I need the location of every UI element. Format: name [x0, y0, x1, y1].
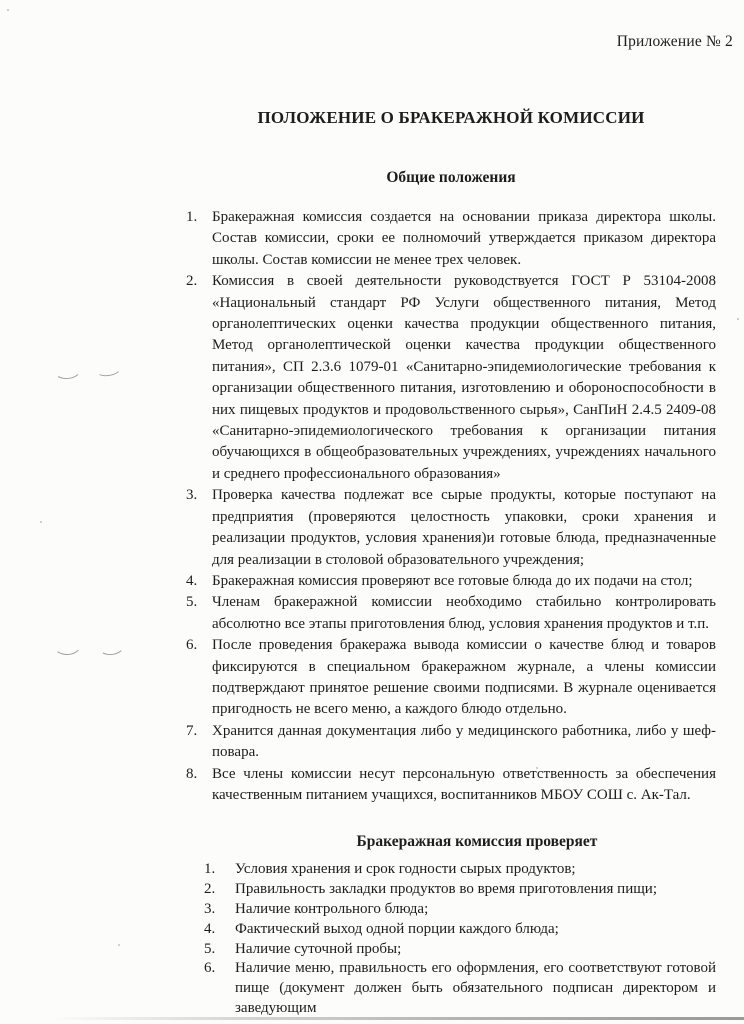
list-item-number: 8. — [186, 764, 197, 785]
list-item-number: 4. — [204, 920, 215, 940]
list-item-number: 5. — [204, 940, 215, 960]
section-heading-general: Общие положения — [186, 168, 716, 187]
handwritten-mark-icon — [95, 361, 122, 378]
list-item-text: Все члены комиссии несут персональную от… — [212, 766, 716, 803]
list-item-number: 5. — [186, 592, 197, 613]
scan-speckle — [737, 318, 739, 320]
list-item-text: Условия хранения и срок годности сырых п… — [235, 861, 576, 877]
list-item-text: Наличие меню, правильность его оформлени… — [235, 960, 716, 1016]
commission-checks-list: 1. Условия хранения и срок годности сыры… — [186, 860, 716, 1018]
list-item-number: 3. — [186, 485, 197, 506]
list-item: 3. Наличие контрольного блюда; — [235, 900, 716, 920]
list-item: 6. После проведения бракеража вывода ком… — [212, 635, 716, 721]
list-item-text: Бракеражная комиссия создается на основа… — [212, 209, 716, 268]
list-item: 6. Наличие меню, правильность его оформл… — [235, 959, 716, 1018]
scan-speckle — [296, 452, 298, 454]
list-item-text: После проведения бракеража вывода комисс… — [212, 637, 716, 717]
list-item-number: 1. — [186, 207, 197, 228]
document-content: ПОЛОЖЕНИЕ О БРАКЕРАЖНОЙ КОМИССИИ Общие п… — [186, 0, 716, 1019]
list-item: 3. Проверка качества подлежат все сырые … — [212, 485, 716, 571]
section-heading-commission-checks: Бракеражная комиссия проверяет — [212, 832, 742, 851]
list-item-number: 6. — [186, 635, 197, 656]
list-item: 1. Бракеражная комиссия создается на осн… — [212, 207, 716, 271]
general-provisions-list: 1. Бракеражная комиссия создается на осн… — [186, 207, 716, 806]
list-item-text: Комиссия в своей деятельности руководств… — [212, 273, 716, 482]
list-item-number: 6. — [204, 959, 215, 979]
scan-speckle — [536, 767, 538, 769]
list-item: 2. Комиссия в своей деятельности руковод… — [212, 271, 716, 485]
list-item-text: Бракеражная комиссия проверяют все готов… — [212, 573, 693, 589]
list-item-number: 7. — [186, 721, 197, 742]
list-item: 7. Хранится данная документация либо у м… — [212, 721, 716, 764]
list-item-text: Правильность закладки продуктов во время… — [235, 881, 657, 897]
list-item: 4. Фактический выход одной порции каждог… — [235, 920, 716, 940]
list-item-text: Хранится данная документация либо у меди… — [212, 723, 716, 760]
list-item-text: Наличие суточной пробы; — [235, 941, 401, 957]
scan-speckle — [7, 9, 9, 11]
list-item: 5. Наличие суточной пробы; — [235, 940, 716, 960]
list-item-number: 3. — [204, 900, 215, 920]
list-item: 2. Правильность закладки продуктов во вр… — [235, 880, 716, 900]
list-item-text: Членам бракеражной комиссии необходимо с… — [212, 594, 716, 631]
list-item: 5. Членам бракеражной комиссии необходим… — [212, 592, 716, 635]
handwritten-mark-icon — [53, 360, 82, 381]
list-item-text: Наличие контрольного блюда; — [235, 901, 428, 917]
list-item: 8. Все члены комиссии несут персональную… — [212, 764, 716, 807]
document-page: Приложение № 2 ПОЛОЖЕНИЕ О БРАКЕРАЖНОЙ К… — [0, 0, 744, 1024]
list-item: 1. Условия хранения и срок годности сыры… — [235, 860, 716, 880]
handwritten-mark-icon — [98, 638, 125, 657]
list-item-number: 1. — [204, 860, 215, 880]
list-item-number: 4. — [186, 571, 197, 592]
document-title: ПОЛОЖЕНИЕ О БРАКЕРАЖНОЙ КОМИССИИ — [186, 108, 716, 128]
list-item-number: 2. — [204, 880, 215, 900]
scan-edge-artifact — [50, 1017, 744, 1020]
list-item-text: Проверка качества подлежат все сырые про… — [212, 487, 716, 567]
handwritten-mark-icon — [52, 631, 83, 656]
list-item-text: Фактический выход одной порции каждого б… — [235, 921, 559, 937]
list-item: 4. Бракеражная комиссия проверяют все го… — [212, 571, 716, 592]
list-item-number: 2. — [186, 271, 197, 292]
scan-speckle — [40, 521, 42, 523]
scan-speckle — [118, 944, 120, 946]
